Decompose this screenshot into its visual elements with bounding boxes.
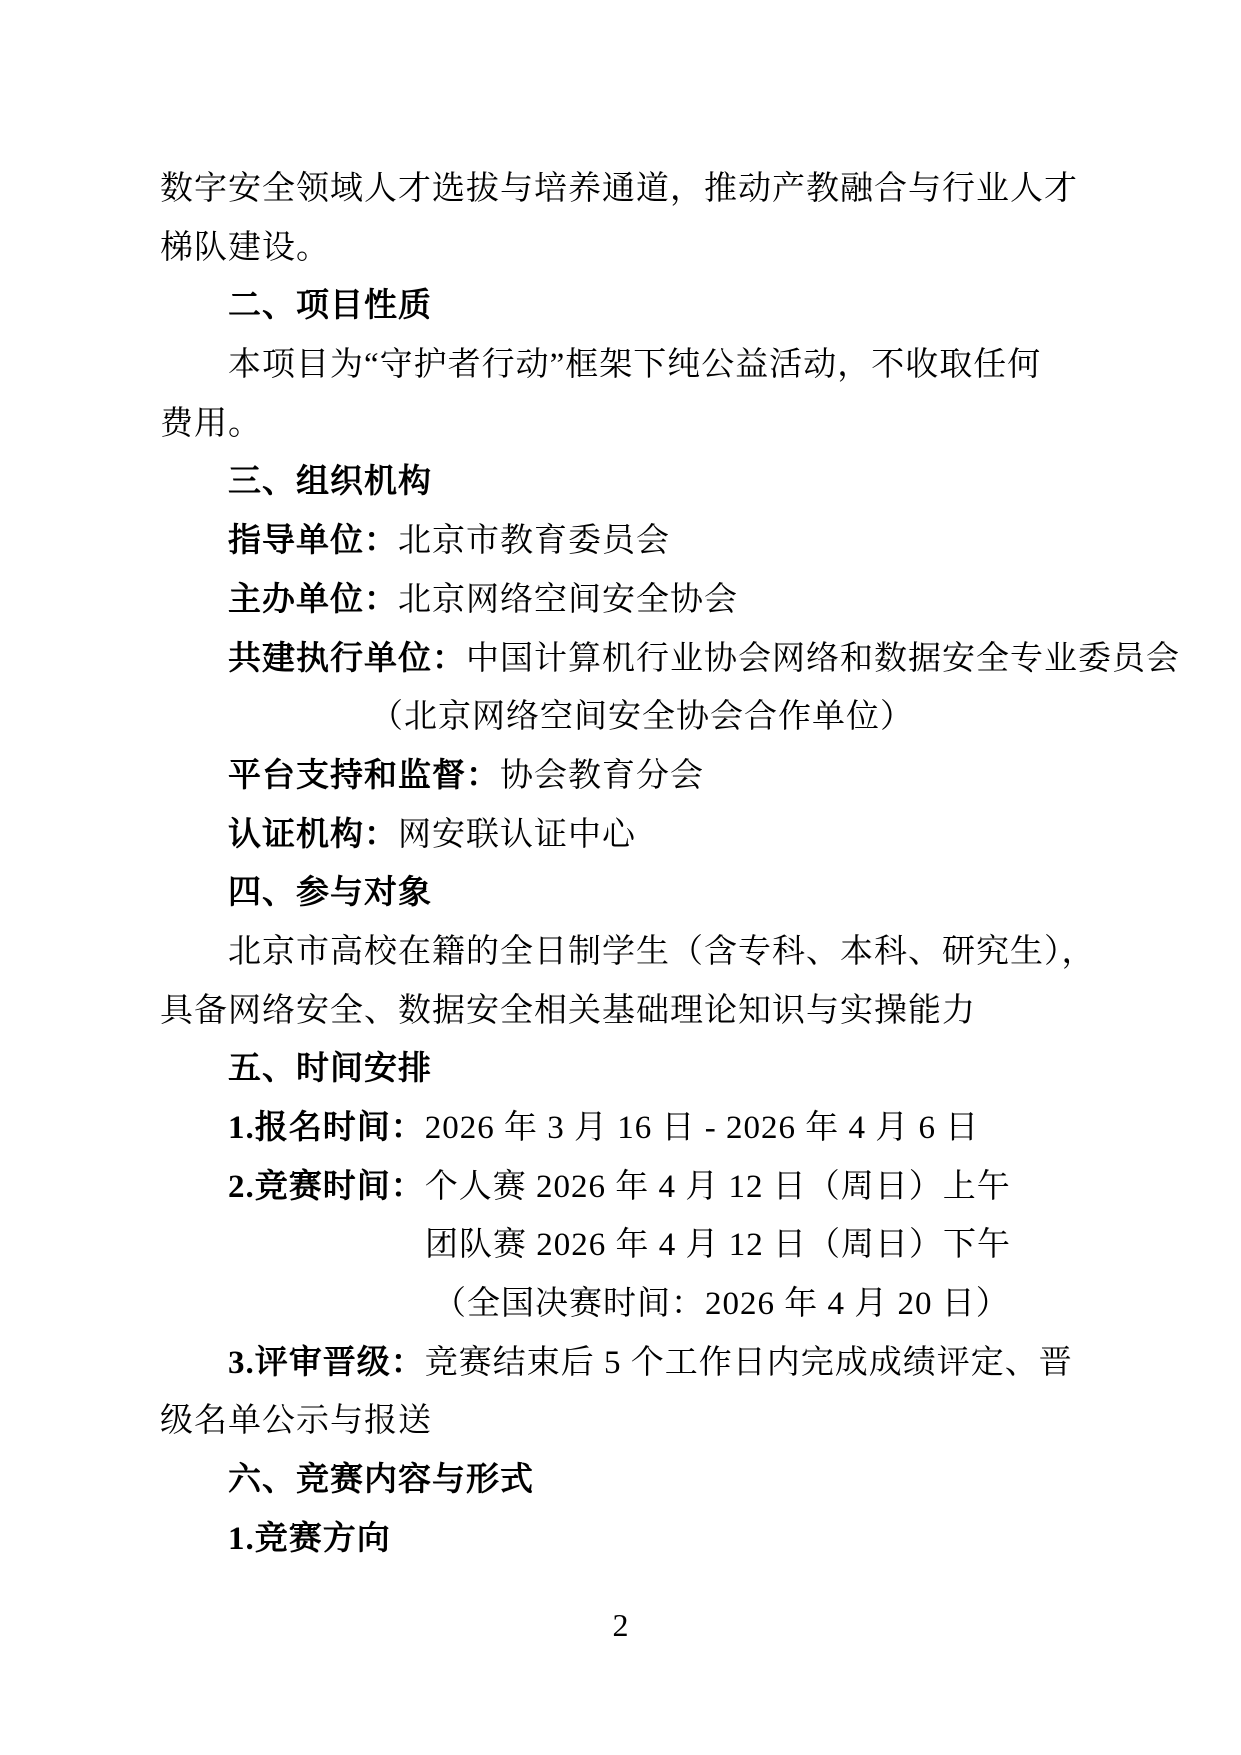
org-line-co-executor-note: （北京网络空间安全协会合作单位）	[370, 688, 1110, 747]
bold-text-segment: 五、时间安排	[228, 1051, 432, 1087]
schedule-line-competition-team: 团队赛 2026 年 4 月 12 日（周日）下午	[425, 1216, 1110, 1275]
bold-text-segment: 主办单位：	[228, 582, 398, 618]
bold-text-segment: 六、竞赛内容与形式	[228, 1462, 534, 1498]
schedule-line-registration: 1.报名时间：2026 年 3 月 16 日 - 2026 年 4 月 6 日	[228, 1099, 1110, 1158]
text-segment: 北京市教育委员会	[398, 523, 670, 559]
text-segment: 团队赛 2026 年 4 月 12 日（周日）下午	[425, 1227, 1011, 1263]
org-line-certification: 认证机构：网安联认证中心	[228, 806, 1110, 865]
body-line: 费用。	[160, 395, 1110, 454]
body-line: 梯队建设。	[160, 219, 1110, 278]
org-line-host: 主办单位：北京网络空间安全协会	[228, 571, 1110, 630]
text-segment: 协会教育分会	[500, 758, 704, 794]
body-line: 级名单公示与报送	[160, 1392, 1110, 1451]
page-number: 2	[0, 1605, 1241, 1645]
bold-text-segment: 三、组织机构	[228, 464, 432, 500]
text-segment: （北京网络空间安全协会合作单位）	[370, 699, 914, 735]
text-segment: 数字安全领域人才选拔与培养通道，推动产教融合与行业人才	[160, 171, 1078, 207]
bold-text-segment: 二、项目性质	[228, 288, 432, 324]
text-segment: 2026 年 3 月 16 日 - 2026 年 4 月 6 日	[425, 1110, 980, 1146]
bold-text-segment: 指导单位：	[228, 523, 398, 559]
document-body: 数字安全领域人才选拔与培养通道，推动产教融合与行业人才梯队建设。二、项目性质本项…	[160, 160, 1110, 1569]
org-line-platform-support: 平台支持和监督：协会教育分会	[228, 747, 1110, 806]
heading-schedule: 五、时间安排	[228, 1040, 1110, 1099]
heading-competition-direction: 1.竞赛方向	[228, 1510, 1110, 1569]
body-line: 北京市高校在籍的全日制学生（含专科、本科、研究生），	[228, 923, 1110, 982]
schedule-line-national-final: （全国决赛时间：2026 年 4 月 20 日）	[433, 1275, 1110, 1334]
text-segment: 本项目为“守护者行动”框架下纯公益活动，不收取任何	[228, 347, 1041, 383]
bold-text-segment: 1.报名时间：	[228, 1110, 425, 1146]
text-segment: 梯队建设。	[160, 230, 330, 266]
text-segment: 竞赛结束后 5 个工作日内完成成绩评定、晋	[425, 1345, 1073, 1381]
text-segment: 级名单公示与报送	[160, 1403, 432, 1439]
bold-text-segment: 认证机构：	[228, 817, 398, 853]
text-segment: 北京市高校在籍的全日制学生（含专科、本科、研究生），	[228, 934, 1096, 970]
text-segment: 具备网络安全、数据安全相关基础理论知识与实操能力	[160, 993, 976, 1029]
bold-text-segment: 四、参与对象	[228, 875, 432, 911]
heading-project-nature: 二、项目性质	[228, 277, 1110, 336]
body-line: 本项目为“守护者行动”框架下纯公益活动，不收取任何	[228, 336, 1110, 395]
text-segment: 北京网络空间安全协会	[398, 582, 738, 618]
heading-organization: 三、组织机构	[228, 453, 1110, 512]
text-segment: 费用。	[160, 406, 262, 442]
org-line-guidance: 指导单位：北京市教育委员会	[228, 512, 1110, 571]
bold-text-segment: 共建执行单位：	[228, 641, 466, 677]
text-segment: （全国决赛时间：2026 年 4 月 20 日）	[433, 1286, 1010, 1322]
org-line-co-executor: 共建执行单位：中国计算机行业协会网络和数据安全专业委员会	[228, 630, 1110, 689]
document-page: 数字安全领域人才选拔与培养通道，推动产教融合与行业人才梯队建设。二、项目性质本项…	[0, 0, 1241, 1755]
body-line: 数字安全领域人才选拔与培养通道，推动产教融合与行业人才	[160, 160, 1110, 219]
schedule-line-competition: 2.竞赛时间：个人赛 2026 年 4 月 12 日（周日）上午	[228, 1158, 1110, 1217]
bold-text-segment: 1.竞赛方向	[228, 1521, 391, 1557]
bold-text-segment: 平台支持和监督：	[228, 758, 500, 794]
body-line: 具备网络安全、数据安全相关基础理论知识与实操能力	[160, 982, 1110, 1041]
schedule-line-review: 3.评审晋级：竞赛结束后 5 个工作日内完成成绩评定、晋	[228, 1334, 1110, 1393]
bold-text-segment: 3.评审晋级：	[228, 1345, 425, 1381]
bold-text-segment: 2.竞赛时间：	[228, 1169, 425, 1205]
text-segment: 网安联认证中心	[398, 817, 636, 853]
heading-content-format: 六、竞赛内容与形式	[228, 1451, 1110, 1510]
text-segment: 个人赛 2026 年 4 月 12 日（周日）上午	[425, 1169, 1011, 1205]
heading-participants: 四、参与对象	[228, 864, 1110, 923]
text-segment: 中国计算机行业协会网络和数据安全专业委员会	[466, 641, 1180, 677]
